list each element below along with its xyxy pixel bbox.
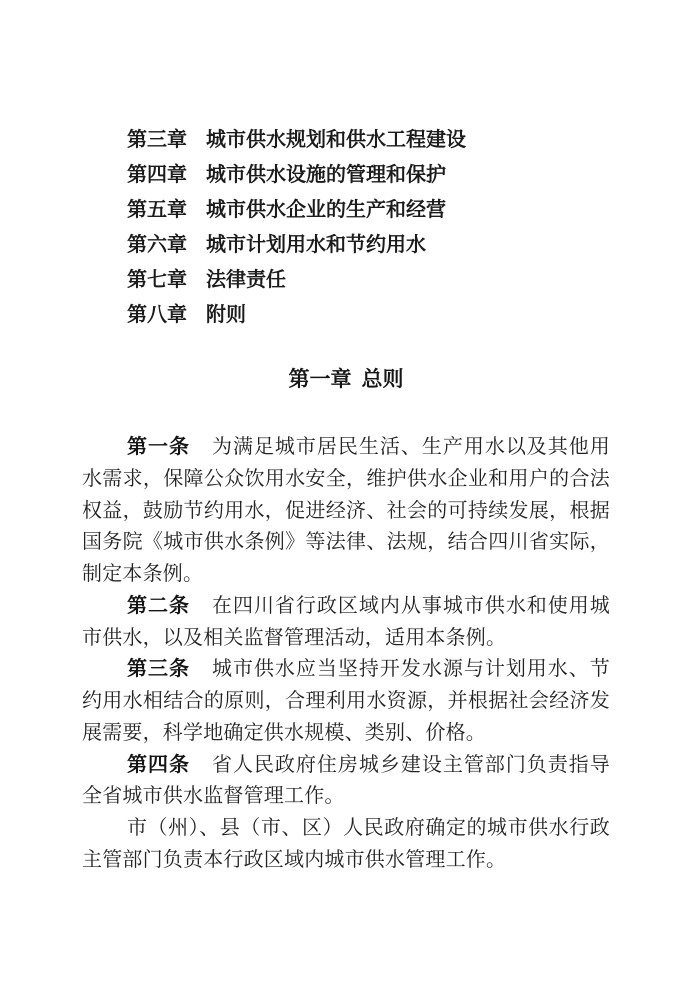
article-4-label: 第四条 bbox=[127, 754, 190, 776]
chapter-heading: 第一章总则 bbox=[82, 365, 610, 395]
toc-item-chapter-7: 第七章法律责任 bbox=[82, 263, 610, 298]
document-content: 第三章城市供水规划和供水工程建设 第四章城市供水设施的管理和保护 第五章城市供水… bbox=[82, 0, 610, 877]
toc-item-chapter-8: 第八章附则 bbox=[82, 298, 610, 333]
toc-item-chapter-6: 第六章城市计划用水和节约用水 bbox=[82, 228, 610, 263]
toc-item-chapter-5: 第五章城市供水企业的生产和经营 bbox=[82, 193, 610, 228]
toc-chapter-number: 第八章 bbox=[127, 298, 187, 333]
toc-chapter-title: 法律责任 bbox=[206, 269, 286, 291]
article-1-text: 为满足城市居民生活、生产用水以及其他用水需求，保障公众饮用水安全，维护供水企业和… bbox=[82, 436, 610, 585]
toc-chapter-number: 第六章 bbox=[127, 228, 187, 263]
chapter-number: 第一章 bbox=[289, 368, 352, 391]
document-page: 第三章城市供水规划和供水工程建设 第四章城市供水设施的管理和保护 第五章城市供水… bbox=[0, 0, 700, 989]
table-of-contents: 第三章城市供水规划和供水工程建设 第四章城市供水设施的管理和保护 第五章城市供水… bbox=[82, 0, 610, 333]
article-3-label: 第三条 bbox=[127, 658, 190, 680]
toc-chapter-title: 城市供水企业的生产和经营 bbox=[206, 199, 446, 221]
article-1-label: 第一条 bbox=[127, 436, 190, 458]
toc-chapter-title: 附则 bbox=[206, 304, 246, 326]
article-4-paragraph-2: 市（州）、县（市、区）人民政府确定的城市供水行政主管部门负责本行政区域内城市供水… bbox=[82, 813, 610, 877]
article-4-text-2: 市（州）、县（市、区）人民政府确定的城市供水行政主管部门负责本行政区域内城市供水… bbox=[82, 817, 610, 871]
toc-item-chapter-3: 第三章城市供水规划和供水工程建设 bbox=[82, 123, 610, 158]
article-2-label: 第二条 bbox=[127, 595, 190, 617]
toc-chapter-number: 第四章 bbox=[127, 158, 187, 193]
toc-item-chapter-4: 第四章城市供水设施的管理和保护 bbox=[82, 158, 610, 193]
toc-chapter-title: 城市计划用水和节约用水 bbox=[206, 234, 426, 256]
article-2-paragraph: 第二条在四川省行政区域内从事城市供水和使用城市供水，以及相关监督管理活动，适用本… bbox=[82, 591, 610, 655]
toc-chapter-number: 第五章 bbox=[127, 193, 187, 228]
article-3-paragraph: 第三条城市供水应当坚持开发水源与计划用水、节约用水相结合的原则，合理利用水资源，… bbox=[82, 654, 610, 749]
toc-chapter-title: 城市供水规划和供水工程建设 bbox=[206, 129, 466, 151]
article-4-paragraph-1: 第四条省人民政府住房城乡建设主管部门负责指导全省城市供水监督管理工作。 bbox=[82, 750, 610, 814]
toc-chapter-title: 城市供水设施的管理和保护 bbox=[206, 164, 446, 186]
toc-chapter-number: 第七章 bbox=[127, 263, 187, 298]
article-1-paragraph: 第一条为满足城市居民生活、生产用水以及其他用水需求，保障公众饮用水安全，维护供水… bbox=[82, 432, 610, 591]
article-body: 第一条为满足城市居民生活、生产用水以及其他用水需求，保障公众饮用水安全，维护供水… bbox=[82, 432, 610, 877]
toc-chapter-number: 第三章 bbox=[127, 123, 187, 158]
chapter-title: 总则 bbox=[362, 368, 404, 391]
